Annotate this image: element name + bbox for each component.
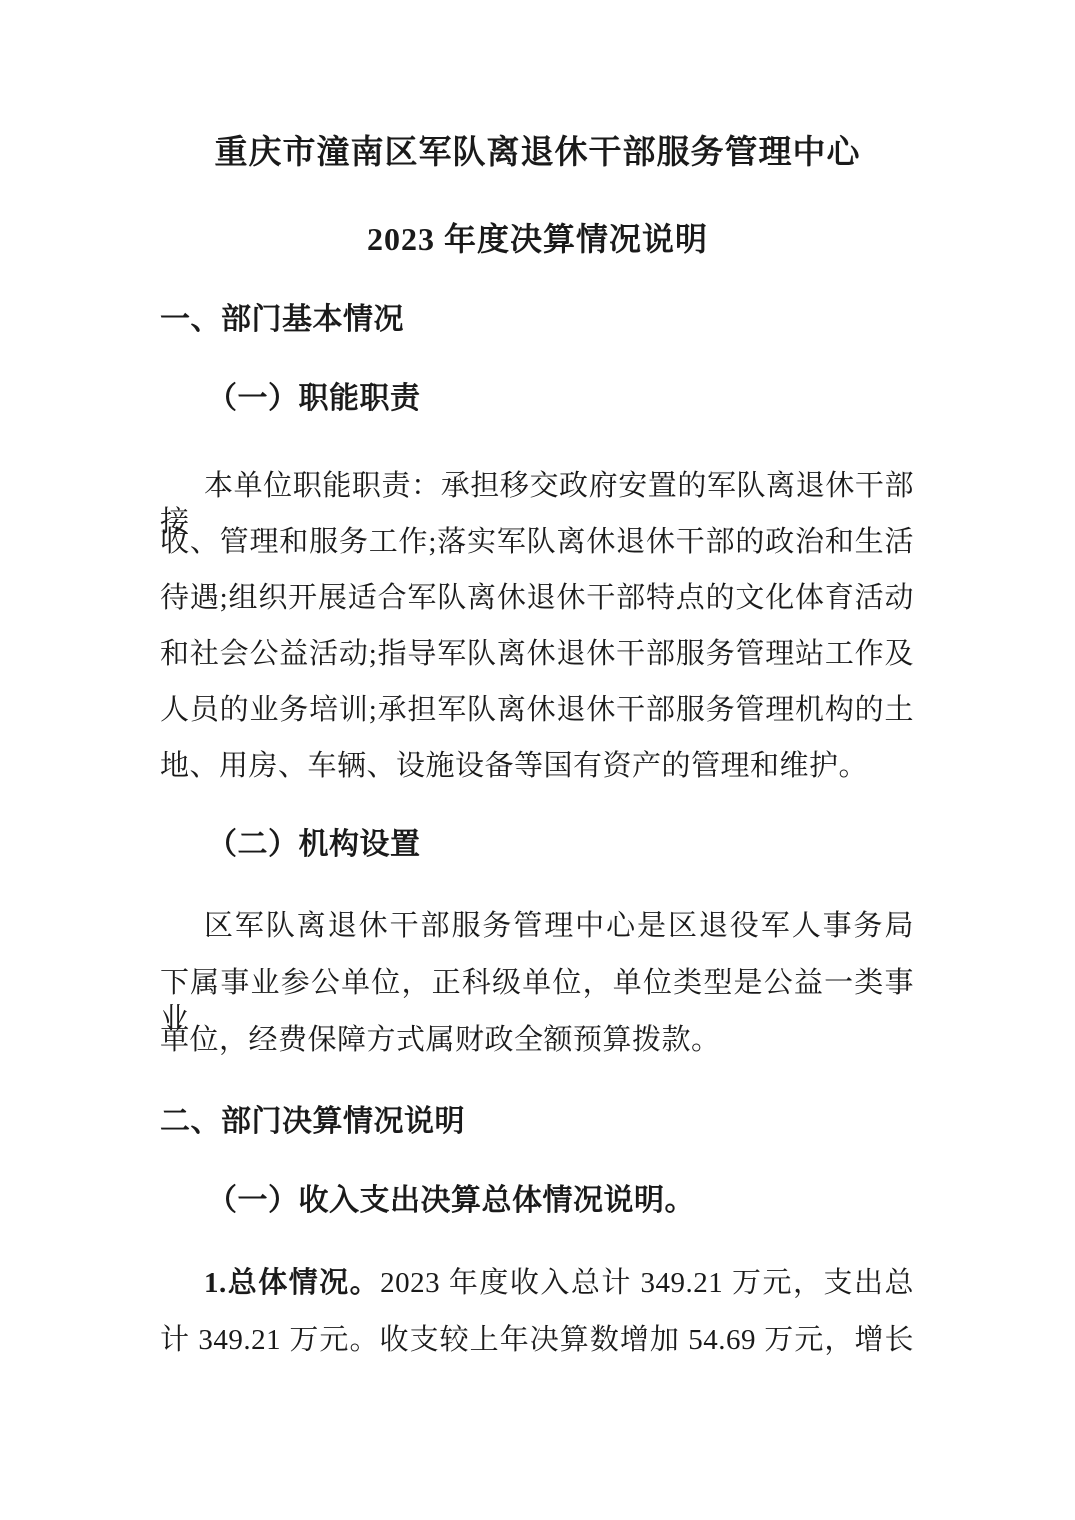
doc-title-line1: 重庆市潼南区军队离退休干部服务管理中心	[0, 135, 1075, 171]
paragraph-1-line-4: 和社会公益活动;指导军队离休退休干部服务管理站工作及	[160, 636, 914, 672]
doc-title-line2: 2023 年度决算情况说明	[0, 221, 1075, 257]
paragraph-3-line-2: 计 349.21 万元。收支较上年决算数增加 54.69 万元，增长	[160, 1322, 914, 1358]
paragraph-3-line-1: 1.总体情况。2023 年度收入总计 349.21 万元，支出总	[160, 1265, 914, 1301]
subsection-heading-1-2: （二）机构设置	[207, 827, 421, 863]
paragraph-1-line-5: 人员的业务培训;承担军队离休退休干部服务管理机构的土	[160, 692, 914, 728]
section-heading-1: 一、部门基本情况	[160, 302, 404, 338]
subsection-heading-2-1: （一）收入支出决算总体情况说明。	[207, 1183, 695, 1219]
paragraph-2-line-3: 单位，经费保障方式属财政全额预算拨款。	[160, 1022, 914, 1058]
paragraph-1-line-2: 收、管理和服务工作;落实军队离休退休干部的政治和生活	[160, 524, 914, 560]
paragraph-1-line-3: 待遇;组织开展适合军队离休退休干部特点的文化体育活动	[160, 580, 914, 616]
document-page: 重庆市潼南区军队离退休干部服务管理中心 2023 年度决算情况说明 一、部门基本…	[0, 0, 1075, 1520]
paragraph-1-line-6: 地、用房、车辆、设施设备等国有资产的管理和维护。	[160, 748, 914, 784]
paragraph-3-line-1-rest: 2023 年度收入总计 349.21 万元，支出总	[380, 1267, 914, 1299]
paragraph-3-bold-lead: 1.总体情况。	[204, 1267, 380, 1299]
section-heading-2: 二、部门决算情况说明	[160, 1104, 465, 1140]
subsection-heading-1-1: （一）职能职责	[207, 381, 421, 417]
paragraph-2-line-1: 区军队离退休干部服务管理中心是区退役军人事务局	[160, 908, 914, 944]
